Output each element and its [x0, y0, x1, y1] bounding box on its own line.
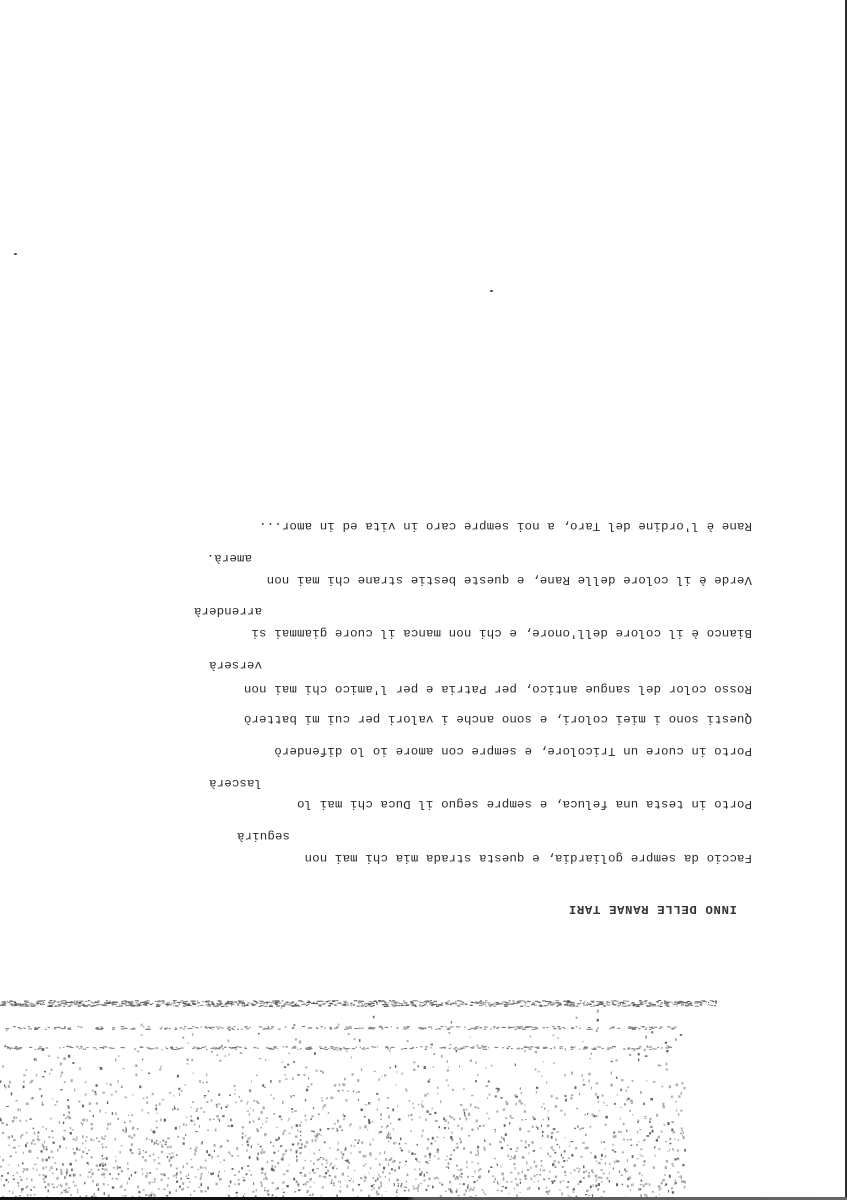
- document-title: INNO DELLE RANAE TARI: [568, 902, 737, 916]
- verse-5: Rosso color del sangue antico, per Patri…: [244, 682, 752, 696]
- verse-1: Faccio da sempre goliardia, e questa str…: [304, 851, 752, 865]
- scanner-noise-band: [0, 1000, 717, 1200]
- verse-4: Questi sono i miei colori, e sono anche …: [244, 712, 752, 726]
- verse-3: Porto in cuore un Tricolore, e sempre co…: [274, 744, 752, 758]
- verse-7: Verde è il colore delle Rane, e queste b…: [267, 573, 752, 587]
- verse-2-continuation: lascerà: [209, 776, 262, 790]
- scanned-page: INNO DELLE RANAE TARI Faccio da sempre g…: [0, 0, 847, 1200]
- document-sheet: INNO DELLE RANAE TARI Faccio da sempre g…: [0, 0, 847, 1200]
- verse-2: Porto in testa una feluca, e sempre segu…: [297, 797, 752, 811]
- verse-1-continuation: seguirà: [237, 829, 290, 843]
- scan-speck: [490, 290, 493, 292]
- scan-speck: [14, 253, 17, 255]
- verse-8: Rane è l'ordine del Taro, a noi sempre c…: [259, 519, 752, 533]
- verse-6-continuation: arrenderà: [194, 604, 262, 618]
- verse-5-continuation: verserà: [209, 658, 262, 672]
- verse-7-continuation: amerà.: [206, 551, 252, 565]
- verse-6: Bianco è il colore dell'onore, e chi non…: [251, 626, 752, 640]
